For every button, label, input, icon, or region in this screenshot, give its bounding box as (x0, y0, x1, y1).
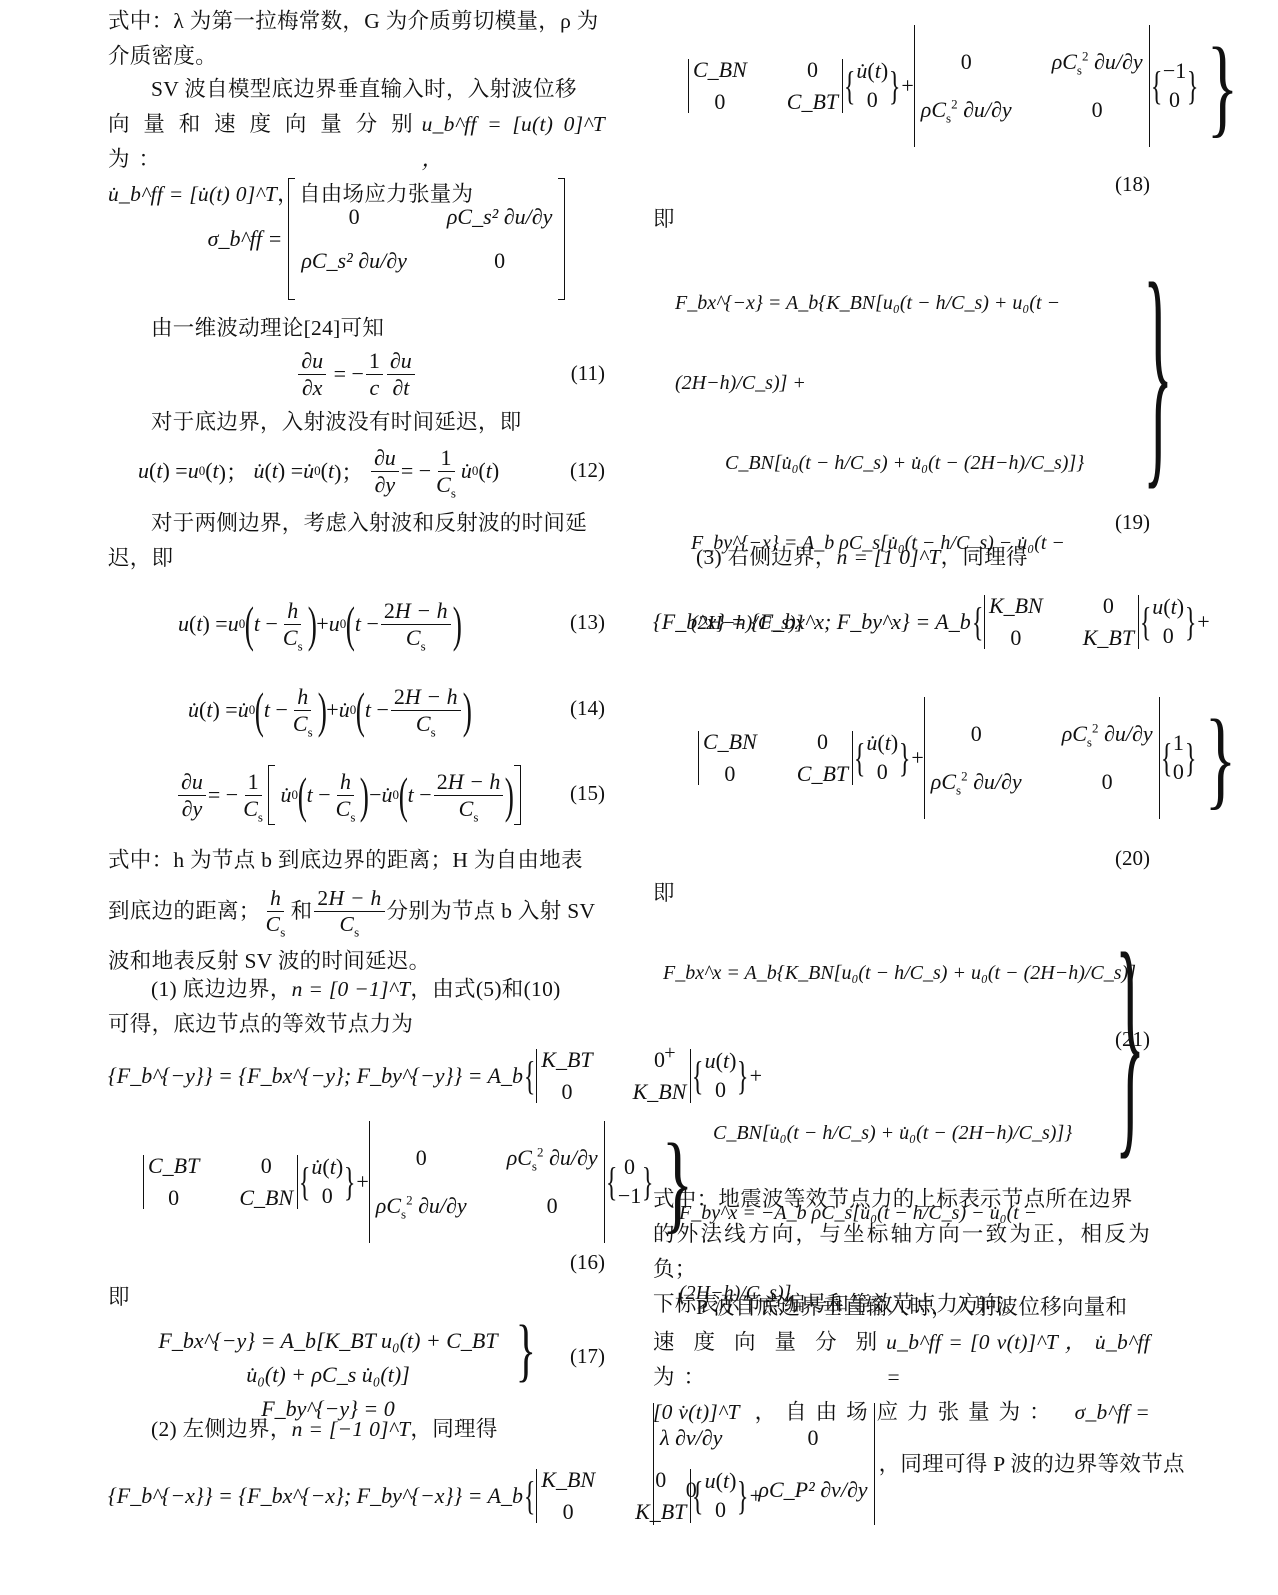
equation-number: (16) (570, 1250, 605, 1275)
equation-line: C_BN[u̇₀(t − h/C_s) + u̇₀(t − (2H−h)/C_s… (675, 423, 1150, 503)
equation-line: F_bx^x = A_b{K_BN[u₀(t − h/C_s) + u₀(t −… (663, 933, 1150, 1093)
equation-stress-tensor: σ_b^ff = 0 ρC_s² ∂u/∂y ρC_s² ∂u/∂y 0 (108, 178, 605, 300)
equation-p-stress-tensor: λ ∂v/∂y 0 0 ρC_P² ∂v/∂y ，同理可得 P 波的边界等效节点 (653, 1402, 1150, 1526)
text-line: 式中：h 为节点 b 到底边界的距离；H 为自由地表 (108, 843, 605, 878)
text-line: P 波自底边界垂直输入时，入射波位移向量和 (653, 1290, 1150, 1325)
equation-number: (15) (570, 781, 605, 806)
equation-12: u(t) = u0(t)； u̇(t) = u̇0(t)； ∂u∂y = − 1… (108, 440, 605, 502)
text-line: 介质密度。 (108, 39, 605, 74)
equation-number: (20) (1115, 846, 1150, 871)
text-line: 的外法线方向，与坐标轴方向一致为正，相反为负； (653, 1217, 1150, 1287)
bracket-left (288, 178, 295, 300)
equation-11: ∂u∂x = − 1c ∂u∂t (11) (108, 345, 605, 403)
equation-15: ∂u∂y = − 1Cs u̇0 (t −hCs) − u̇0 (t −2H −… (108, 763, 605, 827)
text-line: 式中：λ 为第一拉梅常数，G 为介质剪切模量，ρ 为 (108, 4, 605, 39)
equation-number: (11) (571, 361, 605, 386)
text-line: 速度向量分别为： u_b^ff = [0 v(t)]^T ， u̇_b^ff = (653, 1325, 1150, 1395)
text-line: 式中：地震波等效节点力的上标表示节点所在边界 (653, 1182, 1150, 1217)
text-line: 可得，底边节点的等效节点力为 (108, 1007, 605, 1042)
equation-18-line1: {F_b^{−x}} = {F_bx^{−x}; F_by^{−x}} = A_… (108, 1462, 605, 1530)
matrix: 0 ρC_s² ∂u/∂y ρC_s² ∂u/∂y 0 (295, 204, 558, 274)
equation-number: (19) (1115, 510, 1150, 535)
paragraph-bottom-boundary: 对于底边界，入射波没有时间延迟，即 (108, 405, 605, 440)
paragraph-left-boundary: (2) 左侧边界，n = [−1 0]^T，同理得 (108, 1412, 605, 1447)
equation-number: (13) (570, 610, 605, 635)
math-lhs: σ_b^ff = (208, 226, 283, 252)
paragraph-variable-definitions: 式中：h 为节点 b 到底边界的距离；H 为自由地表 到底边的距离； hCs 和… (108, 843, 605, 979)
math-inline: u_b^ff = [u(t) 0]^T ， (422, 107, 605, 177)
equation-20-line2: C_BN0 0C_BT {u̇(t)0} + 0ρCs2 ∂u/∂y ρCs2 … (653, 694, 1150, 822)
equation-line: C_BN[u̇₀(t − h/C_s) + u̇₀(t − (2H−h)/C_s… (663, 1093, 1150, 1173)
paragraph-bottom-edge-boundary: (1) 底边边界，n = [0 −1]^T，由式(5)和(10) 可得，底边节点… (108, 972, 605, 1042)
equation-number: (18) (1115, 172, 1150, 197)
text-line: 对于两侧边界，考虑入射波和反射波的时间延 (108, 506, 605, 541)
equation-number: (21) (1115, 1027, 1150, 1052)
word-ji: 即 (653, 202, 675, 237)
word-ji: 即 (653, 876, 675, 911)
equation-number: (14) (570, 696, 605, 721)
text-line: 向量和速度向量分别为： u_b^ff = [u(t) 0]^T ， (108, 107, 605, 177)
paragraph-side-boundaries: 对于两侧边界，考虑入射波和反射波的时间延 迟，即 (108, 506, 605, 576)
word-ji: 即 (108, 1280, 130, 1315)
equation-number: (12) (570, 458, 605, 483)
text-line: (1) 底边边界，n = [0 −1]^T，由式(5)和(10) (108, 972, 605, 1007)
equation-line: F_bx^{−x} = A_b{K_BN[u₀(t − h/C_s) + u₀(… (675, 263, 1150, 423)
equation-21: F_bx^x = A_b{K_BN[u₀(t − h/C_s) + u₀(t −… (653, 925, 1150, 1160)
equation-16-line1: {F_b^{−y}} = {F_bx^{−y}; F_by^{−y}} = A_… (108, 1042, 605, 1110)
equation-16-line2: C_BT0 0C_BN {u̇(t)0} + 0ρCs2 ∂u/∂y ρCs2 … (108, 1118, 605, 1246)
equation-18-line2: C_BN0 0C_BT {u̇(t)0} + 0ρCs2 ∂u/∂y ρCs2 … (653, 22, 1150, 150)
paragraph-lame-definition: 式中：λ 为第一拉梅常数，G 为介质剪切模量，ρ 为 介质密度。 (108, 4, 605, 74)
equation-17: F_bx^{−y} = A_b[K_BT u₀(t) + C_BT u̇₀(t)… (108, 1322, 605, 1394)
text-line: ，同理可得 P 波的边界等效节点 (879, 1447, 1185, 1482)
equation-13: u(t) = u0 (t −hCs) + u0 (t −2H − hCs) (1… (108, 592, 605, 656)
text-line: SV 波自模型底边界垂直输入时，入射波位移 (108, 72, 605, 107)
equation-14: u̇(t) = u̇0 (t −hCs) + u̇0 (t −2H − hCs)… (108, 678, 605, 742)
text-line: 到底边的距离； hCs 和 2H − hCs 分别为节点 b 入射 SV (108, 878, 605, 944)
equation-20-line1: {F_b^x} = {F_bx^x; F_by^x} = A_b { K_BN0… (653, 588, 1150, 656)
paragraph-right-boundary: (3) 右侧边界，n = [1 0]^T，同理得 (653, 540, 1150, 575)
equation-19: F_bx^{−x} = A_b{K_BN[u₀(t − h/C_s) + u₀(… (653, 255, 1150, 490)
text-line: 迟，即 (108, 541, 605, 576)
equation-number: (17) (570, 1344, 605, 1369)
bracket-right (558, 178, 565, 300)
paragraph-1d-wave-theory: 由一维波动理论[24]可知 (108, 311, 605, 346)
